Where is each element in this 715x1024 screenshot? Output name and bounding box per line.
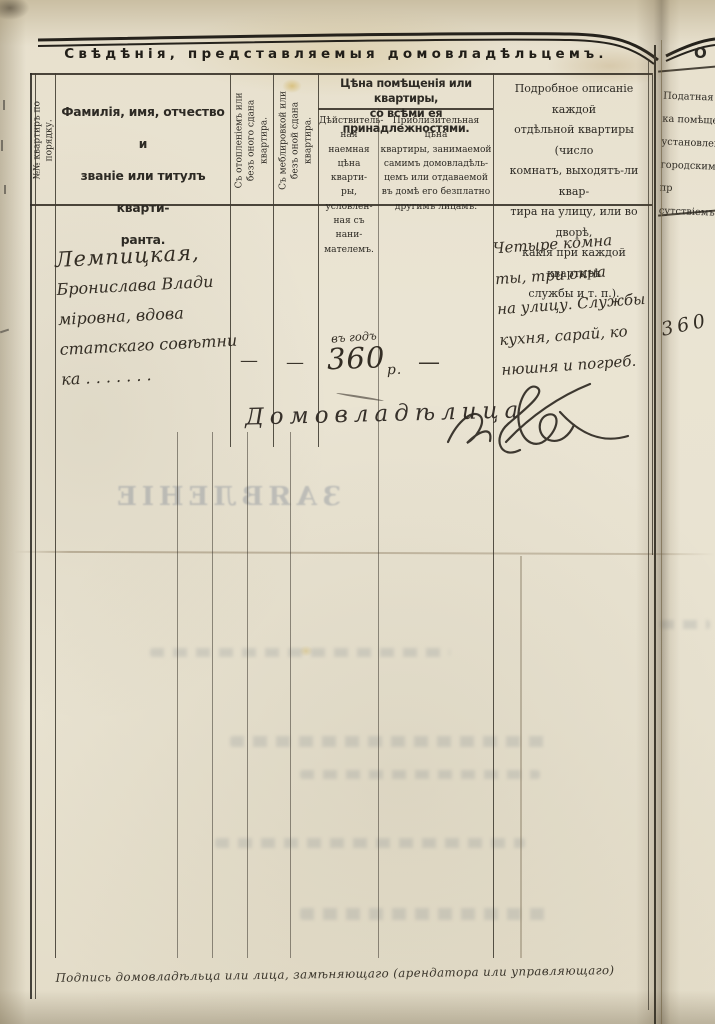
- bleedthrough-smudge: [150, 648, 450, 657]
- entry-heating-dash: —: [240, 350, 258, 371]
- entry-description: Четыре комна ты, три окна на улицу. Служ…: [492, 221, 680, 386]
- page-edge-line: [661, 40, 662, 1024]
- header-heating-label: Съ отопленіемъ или безъ оного сдана квар…: [234, 76, 271, 204]
- footer-caption: Подпись домовладѣльца или лица, замѣняющ…: [35, 963, 635, 985]
- page-title: Свѣдѣнія, представляемыя домовладѣльцемъ…: [40, 46, 632, 62]
- margin-mark: [0, 329, 9, 334]
- column-line-number: [55, 73, 56, 958]
- bleedthrough-smudge: [230, 736, 550, 747]
- bleedthrough-smudge: [300, 770, 540, 779]
- entry-tenant-name: Лемпицкая, Бронислава Влади міровна, вдо…: [54, 235, 252, 395]
- header-furnishing-column: Съ меблировкой или безъ оной сдана кварт…: [274, 76, 318, 204]
- lower-column-line: [290, 432, 291, 958]
- margin-mark: [1, 140, 3, 151]
- table-left-border-outer: [30, 73, 32, 999]
- scanned-ledger-page: ЗАЯВЛЕНІЕ Свѣдѣнія, представляемыя домов…: [0, 0, 715, 1024]
- header-tax-assessment-column: Податная оцѣ ка помѣщені установленна го…: [658, 85, 715, 226]
- header-furnishing-label: Съ меблировкой или безъ оной сдана кварт…: [278, 76, 315, 204]
- fold-crease-vertical: [520, 556, 522, 958]
- bleedthrough-title: ЗАЯВЛЕНІЕ: [112, 482, 341, 512]
- bleedthrough-smudge: [660, 620, 710, 629]
- page-edge-line: [654, 45, 656, 1024]
- margin-mark: [3, 100, 5, 110]
- lower-column-line: [212, 432, 213, 958]
- header-price-approx: Приблизительная цѣна квартиры, занимаемо…: [380, 114, 492, 214]
- table-top-border: [30, 73, 652, 75]
- column-line-price: [493, 73, 494, 958]
- table-left-border-inner: [35, 73, 36, 999]
- margin-mark: [4, 185, 6, 194]
- bleedthrough-smudge: [215, 838, 525, 848]
- entry-price-approx-dash: —: [418, 350, 440, 375]
- header-number-label: №№ квартиръ по порядку.: [32, 76, 57, 204]
- entry-furnishing-dash: —: [286, 352, 304, 373]
- lower-column-line: [177, 432, 178, 958]
- header-heating-column: Съ отопленіемъ или безъ оного сдана квар…: [231, 76, 273, 204]
- entry-price-amount: 360р.: [326, 340, 401, 377]
- header-price-actual: Дѣйствитель- ная наемная цѣна кварти- ры…: [319, 114, 379, 257]
- header-number-column: №№ квартиръ по порядку.: [33, 76, 55, 204]
- price-number: 360: [326, 340, 386, 376]
- fold-crease-horizontal: [14, 551, 715, 555]
- bleedthrough-smudge: [300, 908, 550, 920]
- page-edge-line: [648, 60, 649, 1010]
- owner-signature: [440, 380, 635, 472]
- adjacent-page-title-fragment: О: [694, 44, 707, 62]
- lower-column-line: [247, 432, 248, 958]
- header-tenant-column: Фамилія, имя, отчество и званіе или титу…: [58, 96, 228, 256]
- price-unit: р.: [387, 362, 403, 379]
